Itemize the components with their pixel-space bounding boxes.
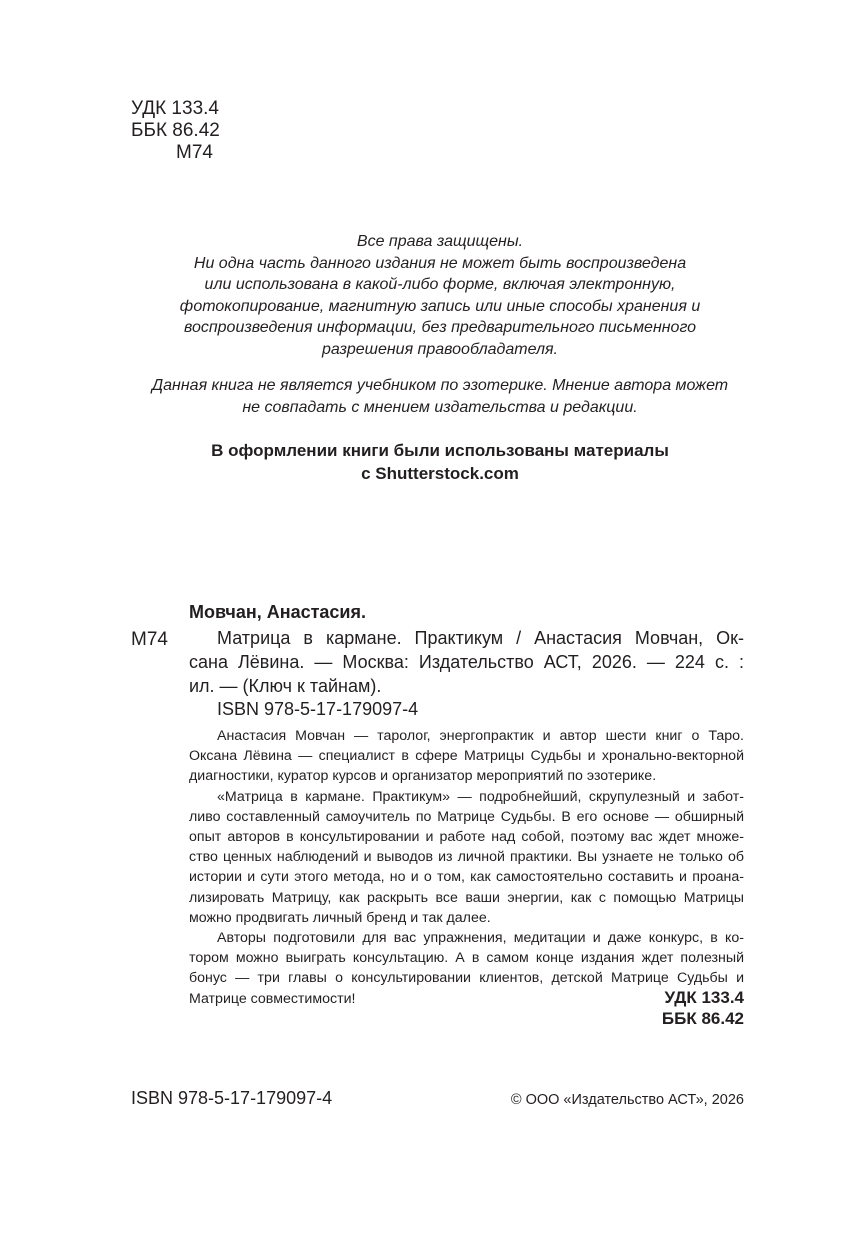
card-description-line: ил. — (Ключ к тайнам).	[189, 674, 744, 698]
annotation-line: ливо составленный самоучитель по Матрице…	[189, 807, 744, 827]
rights-line: или использована в какой-либо форме, вкл…	[120, 274, 760, 296]
annotation-line: Анастасия Мовчан — таролог, энергопракти…	[189, 726, 744, 746]
annotation-line: бонус — три главы о консультировании кли…	[189, 968, 744, 988]
annotation-line: Оксана Лёвина — специалист в сфере Матри…	[189, 746, 744, 766]
footer-copyright: © ООО «Издательство АСТ», 2026	[511, 1090, 744, 1110]
author-mark: М74	[131, 142, 220, 164]
closing-udk: УДК 133.4	[662, 987, 744, 1008]
annotation-line: «Матрица в кармане. Практикум» — подробн…	[189, 787, 744, 807]
rights-line: фотокопирование, магнитную запись или ин…	[120, 296, 760, 318]
closing-codes: УДК 133.4 ББК 86.42	[662, 987, 744, 1029]
bbk-code: ББК 86.42	[131, 120, 220, 142]
materials-line: с Shutterstock.com	[120, 462, 760, 485]
card-author-heading: Мовчан, Анастасия.	[189, 600, 366, 624]
card-description-line: сана Лёвина. — Москва: Издательство АСТ,…	[189, 650, 744, 674]
disclaimer-line: не совпадать с мнением издательства и ре…	[120, 397, 760, 419]
annotation-line: Авторы подготовили для вас упражнения, м…	[189, 928, 744, 948]
annotation-line: тором можно выиграть консультацию. А в с…	[189, 948, 744, 968]
card-author-mark: М74	[131, 628, 168, 652]
udk-code: УДК 133.4	[131, 98, 220, 120]
annotation-line: опыт авторов в консультировании и работе…	[189, 827, 744, 847]
card-description-line: Матрица в кармане. Практикум / Анастасия…	[189, 626, 744, 650]
annotation-line: Матрице совместимости!	[189, 989, 744, 1009]
card-description: Матрица в кармане. Практикум / Анастасия…	[189, 626, 744, 698]
annotation-line: диагностики, куратор курсов и организато…	[189, 766, 744, 786]
materials-credit: В оформлении книги были использованы мат…	[120, 439, 760, 485]
annotation: Анастасия Мовчан — таролог, энергопракти…	[189, 726, 744, 1009]
rights-notice: Все права защищены. Ни одна часть данног…	[120, 231, 760, 360]
rights-line: Ни одна часть данного издания не может б…	[120, 253, 760, 275]
disclaimer: Данная книга не является учебником по эз…	[120, 375, 760, 418]
annotation-line: ство ценных наблюдений и выводов из личн…	[189, 847, 744, 867]
rights-line: Все права защищены.	[120, 231, 760, 253]
card-isbn: ISBN 978-5-17-179097-4	[217, 697, 418, 721]
rights-line: воспроизведения информации, без предвари…	[120, 317, 760, 339]
materials-line: В оформлении книги были использованы мат…	[120, 439, 760, 462]
classification-codes: УДК 133.4 ББК 86.42 М74	[131, 98, 220, 164]
footer-isbn: ISBN 978-5-17-179097-4	[131, 1087, 332, 1109]
rights-line: разрешения правообладателя.	[120, 339, 760, 361]
disclaimer-line: Данная книга не является учебником по эз…	[120, 375, 760, 397]
annotation-line: можно продвигать личный бренд и так дале…	[189, 908, 744, 928]
annotation-line: лизировать Матрицу, как раскрыть все ваш…	[189, 888, 744, 908]
annotation-line: истории и сути этого метода, но и о том,…	[189, 867, 744, 887]
closing-bbk: ББК 86.42	[662, 1008, 744, 1029]
